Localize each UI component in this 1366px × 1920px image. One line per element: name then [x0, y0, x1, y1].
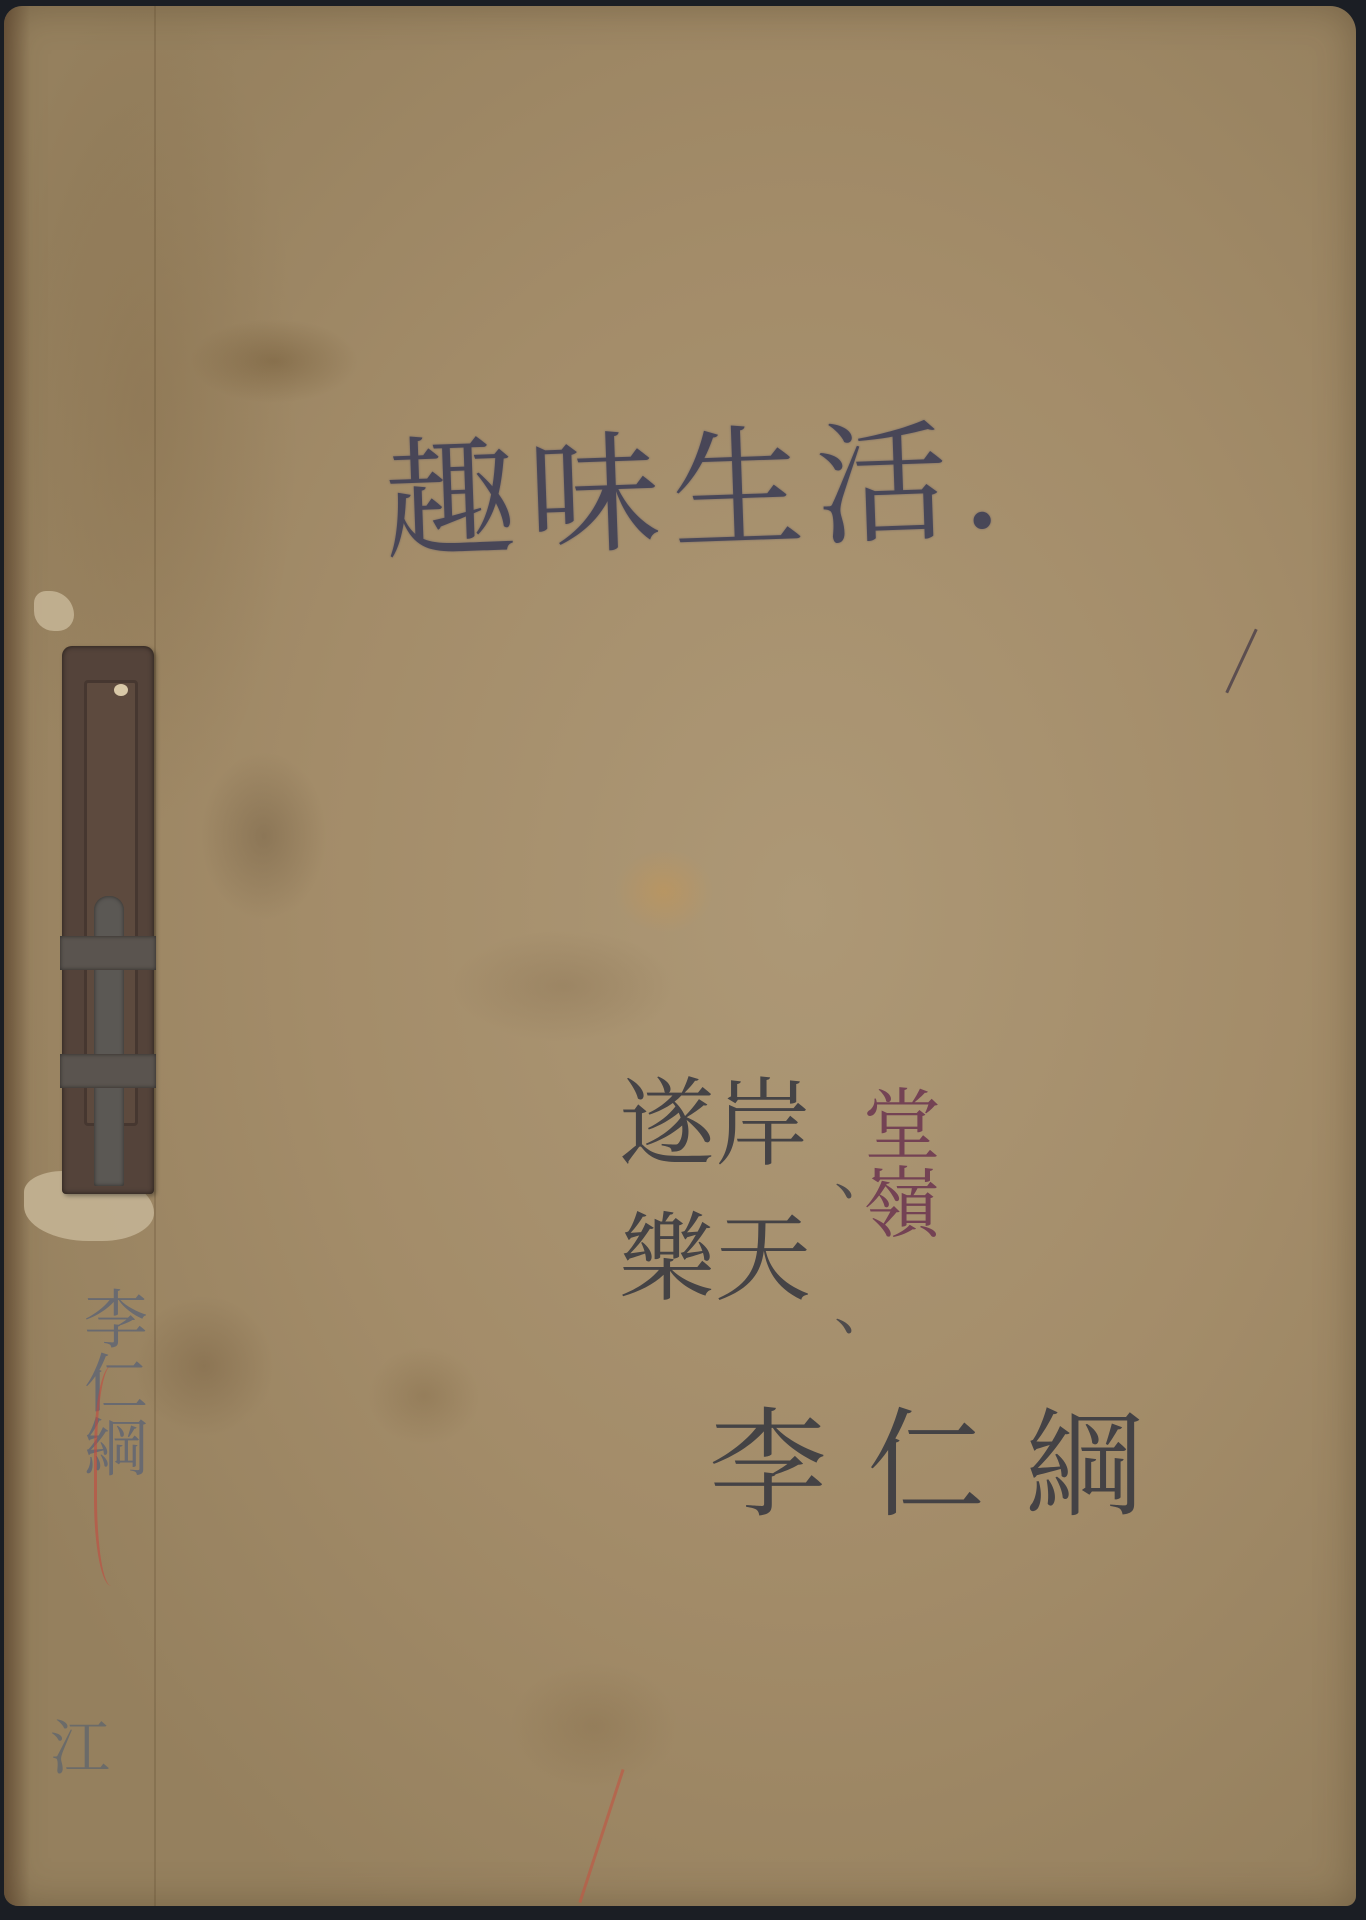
scanned-page: 趣味生活. 遂岸 、 堂嶺 樂天 、 李仁綱 李仁綱 江	[0, 0, 1366, 1920]
cover-title: 趣味生活.	[382, 415, 1016, 569]
spine-red-pencil-mark	[94, 1366, 137, 1586]
red-pencil-stroke	[578, 1769, 624, 1903]
credit-author-2: 樂天	[619, 1211, 811, 1307]
credit-author-1-text: 遂岸	[619, 1068, 811, 1180]
title-period: .	[957, 404, 1016, 560]
credit-author-1: 遂岸	[619, 1076, 811, 1172]
clip-band	[60, 936, 156, 970]
torn-paper-fragment	[34, 591, 74, 631]
credit-author-3-text: 李仁綱	[709, 1396, 1183, 1534]
credit-author-3: 李仁綱	[709, 1406, 1183, 1524]
ink-stroke-mark	[1225, 629, 1257, 694]
credit-separator: 、	[834, 1261, 894, 1347]
clip-rivet	[114, 684, 128, 696]
metal-binding-clip	[62, 646, 154, 1194]
credit-author-2-text: 樂天	[619, 1203, 811, 1315]
clip-band	[60, 1054, 156, 1088]
spine-edge	[4, 6, 30, 1906]
spine-handwriting-lower: 江	[32, 1716, 118, 1776]
purple-annotation: 堂嶺	[856, 1084, 934, 1240]
cover-title-text: 趣味生活	[382, 406, 963, 580]
book-cover: 趣味生活. 遂岸 、 堂嶺 樂天 、 李仁綱 李仁綱 江	[4, 6, 1356, 1906]
